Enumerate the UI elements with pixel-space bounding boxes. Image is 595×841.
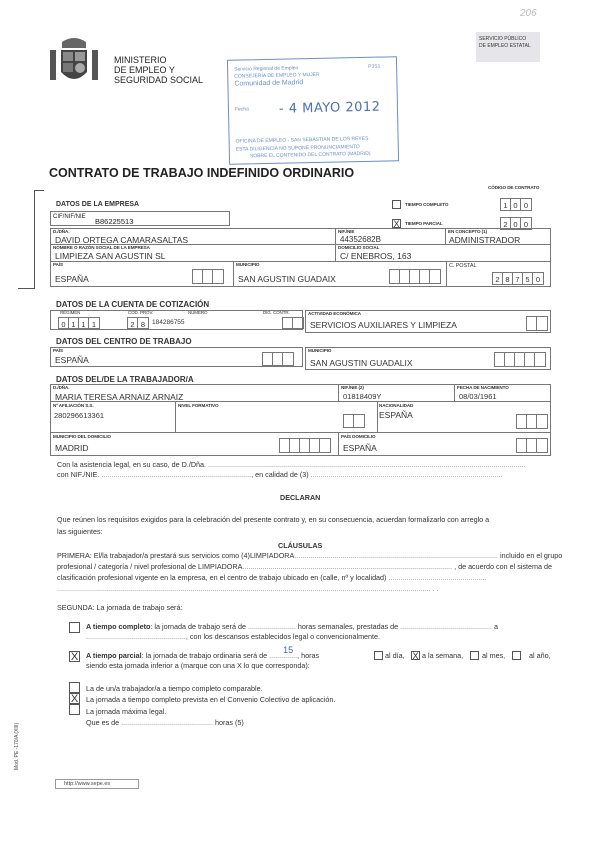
stamp-date: - 4 MAYO 2012 [279,100,381,117]
regimen-cell: 0 [59,318,69,328]
sepe-line-1: SERVICIO PÚBLICO [479,36,537,43]
section-centro: DATOS DEL CENTRO DE TRABAJO [56,337,192,346]
regimen-cell: 1 [79,318,89,328]
section-cotizacion: DATOS DE LA CUENTA DE COTIZACIÓN [56,300,209,309]
ubicacion-field[interactable]: ........................................… [388,573,486,582]
calidad-field[interactable]: ........................................… [311,470,503,479]
trabajador-dona-value[interactable]: MARIA TERESA ARNAIZ ARNAIZ [55,393,183,402]
sepe-url-link[interactable]: http://www.sepe.es [55,779,139,789]
option-comparable-checkbox[interactable] [69,682,80,693]
regimen-cell: 1 [89,318,99,328]
categoria-label: profesional / categoría / nivel profesio… [57,562,196,571]
empresa-municipio-code-cells[interactable] [389,269,441,284]
sepe-badge: SERVICIO PÚBLICO DE EMPLEO ESTATAL [476,32,540,62]
centro-municipio-value[interactable]: SAN AGUSTIN GUADALIX [310,359,413,368]
concepto-label: EN CONCEPTO (1) [448,230,487,235]
empresa-pais-value[interactable]: ESPAÑA [55,275,89,284]
primera-label: PRIMERA: El/la trabajador/a prestará sus… [57,551,250,560]
codprov-cell: 8 [138,318,148,328]
nacimiento-value[interactable]: 08/03/1961 [459,393,497,401]
cpostal-cells[interactable]: 2 8 7 5 0 [492,272,544,285]
completo-line-1: A tiempo completo: la jornada de trabajo… [86,623,498,630]
code-cell: 0 [511,199,521,210]
margin-bracket-foot [18,288,35,289]
empresa-municipio-value[interactable]: SAN AGUSTIN GUADAIX [238,275,336,284]
que-es-de-line: Que es de ..............................… [86,719,244,726]
ministry-name: MINISTERIO DE EMPLEO Y SEGURIDAD SOCIAL [114,55,203,85]
period-mes-label: al mes, [482,652,505,659]
empresa-nif-value[interactable]: 44352682B [340,236,381,244]
completo-from-field[interactable]: ........................................… [400,622,492,631]
intro-line-2: las siguientes: [57,528,103,535]
nivel-formativo-label: NIVEL FORMATIVO [178,404,218,409]
divider [233,261,234,287]
asistencia-nif-field[interactable]: ........................................… [101,470,251,479]
digcontr-label: DIG. CONTR. [263,311,290,316]
trabajador-municipio-code-cells[interactable] [279,438,331,453]
centro-pais-value[interactable]: ESPAÑA [55,356,89,365]
trabajador-municipio-value[interactable]: MADRID [55,444,89,453]
model-code: Mod. PE -170/A (XIII) [14,723,20,770]
trabajador-municipio-label: MUNICIPIO DEL DOMICILIO [53,435,111,440]
cif-label: CIF/NIF/NIE [53,214,86,220]
period-dia-label: al día, [385,652,405,659]
concepto-value[interactable]: ADMINISTRADOR [449,236,520,245]
actividad-label: ACTIVIDAD ECONÓMICA [308,312,361,317]
ministry-line-1: MINISTERIO [114,55,203,65]
parcial-line-1: A tiempo parcial: la jornada de trabajo … [86,652,319,659]
empresa-pais-code-cells[interactable] [192,269,224,284]
actividad-value[interactable]: SERVICIOS AUXILIARES Y LIMPIEZA [310,321,457,330]
parcial-horas-label: , horas [297,651,319,660]
asistencia-nif-label: con NIF./NIE. [57,470,99,479]
ministry-line-2: DE EMPLEO Y [114,65,203,75]
registration-stamp: Servicio Regional de Empleo P3S1 CONSEJE… [227,56,399,165]
grupo-label: incluido en el grupo [500,551,562,560]
period-ano-label: al año, [529,652,551,659]
period-semana-label: a la semana, [422,652,463,659]
nacionalidad-label: NACIONALIDAD [379,404,413,409]
trabajador-nif-value[interactable]: 01818409Y [343,393,381,401]
parcial-hours-handwritten: 15 [283,646,293,655]
ubicacion-field-line-2[interactable]: ........................................… [57,585,438,592]
divider [335,228,336,261]
divider [446,261,447,287]
razon-value[interactable]: LIMPIEZA SAN AGUSTIN SL [55,252,166,261]
completo-to-field[interactable]: ........................................… [86,632,186,641]
parcial-line-2: siendo esta jornada inferior a (marque c… [86,662,310,669]
cpostal-cell: 0 [533,273,543,284]
completo-text-3: a [494,622,498,631]
divider [338,432,339,456]
margin-bracket [34,190,44,288]
stamp-ref: P3S1 [368,64,380,70]
empresa-dona-label: D./DÑA. [53,230,69,235]
completo-text: : la jornada de trabajo será de [150,622,246,631]
regimen-label: RÉGIMEN [60,311,80,316]
coat-of-arms-icon [48,36,100,88]
period-mes-checkbox[interactable] [470,651,479,660]
clausulas-heading: CLÁUSULAS [278,542,322,549]
option-convenio-checkbox[interactable]: X [69,693,80,704]
centro-municipio-code-cells[interactable] [494,352,546,367]
parcial-hours-field[interactable]: .......15....... [269,651,297,660]
regimen-cells[interactable]: 0 1 1 1 [58,317,100,329]
razon-label: NOMBRE O RAZÓN SOCIAL DE LA EMPRESA [53,246,150,251]
completo-text-2: horas semanales, prestadas de [298,622,398,631]
code-cell: 1 [501,199,511,210]
afiliacion-value[interactable]: 280296613361 [54,412,104,420]
stamp-note-2: SOBRE EL CONTENIDO DEL CONTRATO (MADRID) [250,151,371,160]
codprov-cells[interactable]: 2 8 [127,317,149,329]
paisdom-code-cells[interactable] [516,438,548,453]
tiempo-completo-option-checkbox[interactable] [69,622,80,633]
codprov-cell: 2 [128,318,138,328]
option-maxima-checkbox[interactable] [69,704,80,715]
paisdom-label: PAÍS DOMICILIO [341,435,376,440]
sistema-label: , de acuerdo con el sistema de [454,562,552,571]
handwritten-page-number: 206 [520,8,537,19]
cpostal-cell: 7 [513,273,523,284]
period-dia-checkbox[interactable] [374,651,383,660]
asistencia-line-2: con NIF./NIE. ..........................… [57,471,502,478]
tiempo-parcial-checkbox[interactable]: X [392,219,401,228]
divider [50,261,551,262]
digcontr-cells[interactable] [282,317,304,329]
que-es-de-hours-field[interactable]: ........................................… [121,718,213,727]
cpostal-cell: 8 [503,273,513,284]
horas-5-label: horas (5) [215,718,244,727]
stamp-line-2: CONSEJERÍA DE EMPLEO Y MUJER [234,72,320,80]
asistencia-name-field[interactable]: ........................................… [208,460,526,469]
tiempo-parcial-option-checkbox[interactable]: X [69,651,80,662]
section-trabajador: DATOS DEL/DE LA TRABAJADOR/A [56,375,194,384]
section-empresa: DATOS DE LA EMPRESA [56,201,139,208]
centro-pais-code-cells[interactable] [262,352,294,366]
nacionalidad-code-cells[interactable] [516,414,548,429]
trabajador-nif-label: NIF./NIE (2) [341,386,364,391]
cpostal-cell: 5 [523,273,533,284]
numero-label: NÚMERO [188,311,207,316]
sepe-line-2: DE EMPLEO ESTATAL [479,43,537,50]
declaran-heading: DECLARAN [280,494,320,501]
ministry-line-3: SEGURIDAD SOCIAL [114,75,203,85]
tiempo-completo-checkbox[interactable] [392,200,401,209]
parcial-bold: A tiempo parcial [86,651,142,660]
intro-line-1: Que reúnen los requisitos exigidos para … [57,516,489,523]
stamp-fecha-label: Fecha [235,106,249,112]
divider [377,401,378,432]
option-convenio-label: La jornada a tiempo completo prevista en… [86,696,335,703]
asistencia-line-1: Con la asistencia legal, en su caso, de … [57,461,526,468]
paisdom-value[interactable]: ESPAÑA [343,444,377,453]
centro-pais-label: PAÍS [53,349,63,354]
document-title: CONTRATO DE TRABAJO INDEFINIDO ORDINARIO [49,166,354,180]
afiliacion-label: Nº AFILIACIÓN S.S. [53,404,94,409]
centro-municipio-label: MUNICIPIO [308,349,331,354]
domicilio-value[interactable]: C/ ENEBROS, 163 [340,252,411,261]
code-cell: 0 [521,199,531,210]
divider [445,228,446,244]
divider [338,384,339,401]
divider [50,432,551,433]
completo-bold: A tiempo completo [86,622,150,631]
domicilio-label: DOMICILIO SOCIAL [338,246,379,251]
trabajador-dona-label: D./DÑA. [53,386,69,391]
divider [454,384,455,401]
cpostal-label: C. POSTAL [449,264,476,270]
nacimiento-label: FECHA DE NACIMIENTO [457,386,509,391]
stamp-line-3: Comunidad de Madrid [234,79,303,87]
calidad-label: , en calidad de (3) [251,470,309,479]
tiempo-parcial-label: TIEMPO PARCIAL [405,222,443,227]
nivel-formativo-cells[interactable] [343,414,365,428]
que-es-de-label: Que es de [86,718,119,727]
empresa-municipio-label: MUNICIPIO [236,263,259,268]
completo-hours-field[interactable]: ........................ [248,622,296,631]
empresa-pais-label: PAÍS [53,263,63,268]
contract-code-label: CÓDIGO DE CONTRATO [488,186,539,191]
sepe-url[interactable]: http://www.sepe.es [64,781,110,787]
cif-field[interactable]: CIF/NIF/NIE B86225513 [50,211,230,226]
primera-line-2: profesional / categoría / nivel profesio… [57,563,552,570]
divider [175,401,176,432]
segunda-heading: SEGUNDA: La jornada de trabajo será: [57,604,182,611]
cpostal-cell: 2 [493,273,503,284]
primera-line-1: PRIMERA: El/la trabajador/a prestará sus… [57,552,562,559]
empresa-dona-value[interactable]: DAVID ORTEGA CAMARASALTAS [55,236,188,245]
codprov-label: COD. PROV. [128,311,153,316]
primera-line-3: clasificación profesional vigente en la … [57,574,486,581]
puesto-value[interactable]: LIMPIADORA [250,551,294,560]
period-semana-checkbox[interactable]: X [411,651,420,660]
regimen-cell: 1 [69,318,79,328]
ubicacion-label: clasificación profesional vigente en la … [57,573,386,582]
option-comparable-label: La de un/a trabajador/a a tiempo complet… [86,685,263,692]
completo-descansos: , con los descansos establecidos legal o… [186,632,380,641]
asistencia-label: Con la asistencia legal, en su caso, de … [57,460,206,469]
parcial-text: : la jornada de trabajo ordinaria será d… [142,651,267,660]
tiempo-completo-label: TIEMPO COMPLETO [405,203,448,208]
cif-value: B86225513 [95,217,133,226]
period-ano-checkbox[interactable] [512,651,521,660]
completo-line-2: ........................................… [86,633,380,640]
empresa-nif-label: NIF./NIE [338,230,354,235]
option-maxima-label: La jornada máxima legal. [86,708,166,715]
numero-value[interactable]: 184286755 [152,320,185,327]
categoria-value[interactable]: LIMPIADORA [198,562,242,571]
code-completo-cells: 1 0 0 [500,198,532,211]
actividad-code-cells[interactable] [526,316,548,331]
nacionalidad-value[interactable]: ESPAÑA [379,411,413,420]
